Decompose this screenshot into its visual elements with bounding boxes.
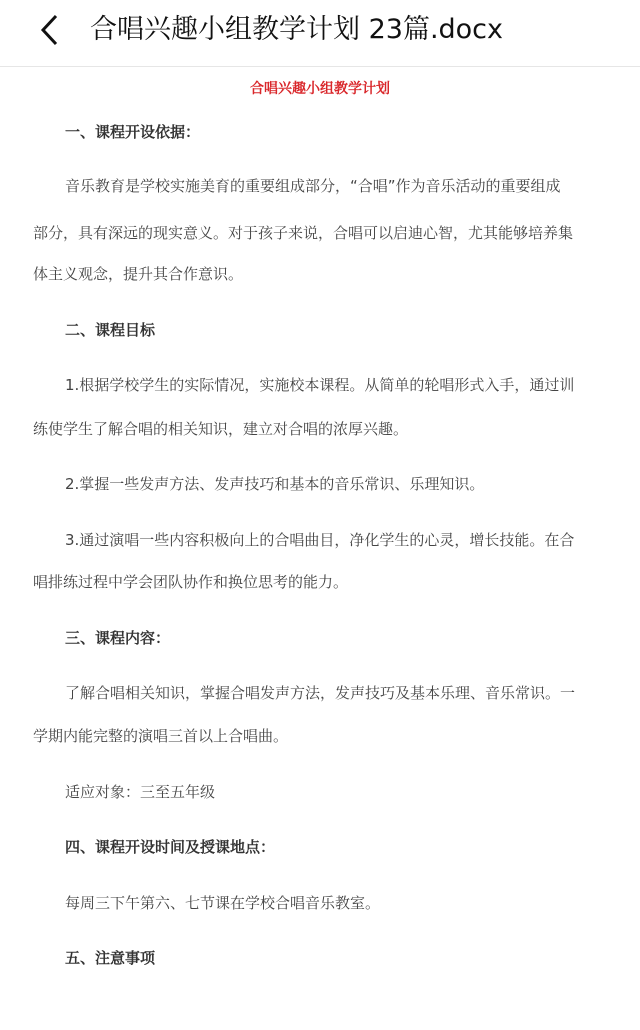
- paragraph-line: 体主义观念，提升其合作意识。: [33, 263, 243, 285]
- document-filename: 合唱兴趣小组教学计划 23篇.docx: [90, 10, 503, 50]
- section-heading-3: 三、课程内容：: [65, 627, 170, 649]
- paragraph-line: 1.根据学校学生的实际情况，实施校本课程。从简单的轮唱形式入手，通过训: [65, 374, 574, 396]
- section-heading-4: 四、课程开设时间及授课地点：: [65, 836, 275, 858]
- section-heading-2: 二、课程目标: [65, 319, 155, 341]
- paragraph-line: 了解合唱相关知识，掌握合唱发声方法，发声技巧及基本乐理、音乐常识。一: [65, 682, 575, 704]
- paragraph-line: 适应对象：三至五年级: [65, 781, 215, 803]
- paragraph-line: 音乐教育是学校实施美育的重要组成部分，“合唱”作为音乐活动的重要组成: [65, 175, 561, 197]
- paragraph-line: 2.掌握一些发声方法、发声技巧和基本的音乐常识、乐理知识。: [65, 473, 484, 495]
- top-bar: 合唱兴趣小组教学计划 23篇.docx: [0, 0, 640, 67]
- section-heading-1: 一、课程开设依据：: [65, 121, 200, 143]
- paragraph-line: 练使学生了解合唱的相关知识，建立对合唱的浓厚兴趣。: [33, 418, 408, 440]
- section-heading-5: 五、注意事项: [65, 947, 155, 969]
- document-title: 合唱兴趣小组教学计划: [0, 78, 640, 100]
- paragraph-line: 每周三下午第六、七节课在学校合唱音乐教室。: [65, 892, 380, 914]
- paragraph-line: 唱排练过程中学会团队协作和换位思考的能力。: [33, 571, 348, 593]
- chevron-left-icon: [30, 10, 70, 50]
- paragraph-line: 部分，具有深远的现实意义。对于孩子来说，合唱可以启迪心智，尤其能够培养集: [33, 222, 573, 244]
- paragraph-line: 学期内能完整的演唱三首以上合唱曲。: [33, 725, 288, 747]
- back-button[interactable]: [30, 10, 70, 50]
- paragraph-line: 3.通过演唱一些内容积极向上的合唱曲目，净化学生的心灵，增长技能。在合: [65, 529, 574, 551]
